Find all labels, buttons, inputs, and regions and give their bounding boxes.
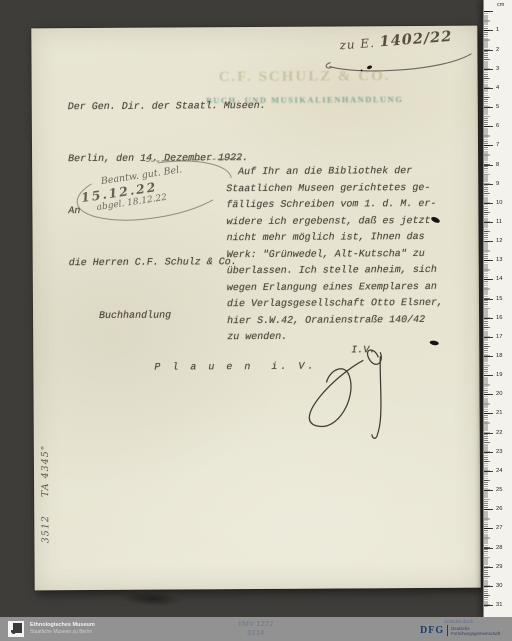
- document-id: I/MV 1272: [238, 620, 274, 629]
- ruler-cm-tick: [484, 165, 493, 166]
- ruler-unit-label: cm: [497, 2, 504, 8]
- ruler-number: 14: [496, 276, 510, 282]
- ruler-cm-tick: [484, 107, 493, 108]
- ruler-number: 21: [496, 410, 510, 416]
- measuring-ruler: cm 1234567891011121314151617181920212223…: [483, 0, 512, 617]
- ruler-number: 18: [496, 353, 510, 359]
- ruler-ticks: 1234567891011121314151617181920212223242…: [484, 11, 512, 607]
- ruler-cm-tick: [484, 30, 493, 31]
- ruler-number: 10: [496, 200, 510, 206]
- file-number-value: 1402/22: [379, 28, 453, 50]
- ruler-number: 23: [496, 449, 510, 455]
- body-line: fälliges Schreiben vom 1. d. M. er-: [226, 197, 458, 215]
- museum-logo: [8, 621, 24, 637]
- body-line: zu wenden.: [227, 329, 459, 347]
- ruler-number: 17: [496, 334, 510, 340]
- ruler-cm-tick: [484, 222, 493, 223]
- ruler-cm-tick: [484, 318, 493, 319]
- dfg-logo: Gefördert durch DFG Deutsche Forschungsg…: [420, 619, 506, 636]
- ruler-number: 28: [496, 545, 510, 551]
- ruler-cm-tick: [484, 203, 493, 204]
- ruler-cm-tick: [484, 586, 493, 587]
- ruler-number: 15: [496, 296, 510, 302]
- ruler-cm-tick: [484, 490, 493, 491]
- ruler-cm-tick: [484, 88, 493, 89]
- ruler-cm-tick: [484, 69, 493, 70]
- ruler-number: 12: [496, 238, 510, 244]
- body-line: wegen Erlangung eines Exemplares an: [227, 279, 459, 297]
- institution-name: Ethnologisches Museum: [30, 622, 95, 629]
- institution-subtitle: Staatliche Museen zu Berlin: [30, 629, 95, 636]
- ruler-cm-tick: [484, 528, 493, 529]
- ruler-cm-tick: [484, 260, 493, 261]
- ruler-number: 7: [496, 142, 510, 148]
- document-reference: I/MV 1272 0214: [238, 620, 274, 638]
- ruler-number: 30: [496, 583, 510, 589]
- letter-page: C.F. SCHULZ & CO. BUCH- UND MUSIKALIENHA…: [31, 26, 480, 591]
- funding-label: Gefördert durch: [444, 619, 506, 624]
- ruler-cm-tick: [484, 11, 493, 12]
- ruler-cm-tick: [484, 299, 493, 300]
- body-line: nicht mehr möglich ist, Ihnen das: [227, 230, 459, 248]
- ruler-number: 29: [496, 564, 510, 570]
- institution-block: Ethnologisches Museum Staatliche Museen …: [30, 622, 95, 636]
- dfg-abbreviation: DFG: [420, 626, 444, 636]
- ruler-cm-tick: [484, 548, 493, 549]
- ruler-cm-tick: [484, 394, 493, 395]
- ruler-cm-tick: [484, 50, 493, 51]
- body-text: Auf Ihr an die Bibliothek derStaatlichen…: [226, 164, 459, 347]
- ruler-number: 9: [496, 181, 510, 187]
- ruler-number: 25: [496, 487, 510, 493]
- ruler-cm-tick: [484, 356, 493, 357]
- margin-note-number: 3512: [40, 515, 51, 543]
- ruler-cm-tick: [484, 471, 493, 472]
- ruler-number: 2: [496, 47, 510, 53]
- ruler-number: 3: [496, 66, 510, 72]
- page-number: 0214: [238, 629, 274, 638]
- body-line: Staatlichen Museen gerichtetes ge-: [226, 180, 458, 198]
- ruler-number: 24: [496, 468, 510, 474]
- ruler-cm-tick: [484, 126, 493, 127]
- ruler-halfcm-ticks: [484, 11, 490, 607]
- recipient-city: P l a u e n i. V.: [69, 359, 316, 378]
- archive-footer-bar: Ethnologisches Museum Staatliche Museen …: [0, 617, 512, 641]
- ruler-number: 11: [496, 219, 510, 225]
- ruler-cm-tick: [484, 605, 493, 606]
- margin-note-vertical: 3512 TA 4345": [40, 423, 52, 543]
- ruler-number: 1: [496, 27, 510, 33]
- archive-scan-viewport: C.F. SCHULZ & CO. BUCH- UND MUSIKALIENHA…: [0, 0, 512, 641]
- ruler-cm-tick: [484, 279, 493, 280]
- ruler-cm-tick: [484, 567, 493, 568]
- signature-initials: I.V.: [351, 345, 375, 356]
- ruler-cm-tick: [484, 509, 493, 510]
- sender-line: Der Gen. Dir. der Staatl. Museen.: [68, 97, 315, 116]
- ruler-number: 26: [496, 506, 510, 512]
- body-line: Werk: "Grünwedel, Alt-Kutscha" zu: [227, 246, 459, 264]
- ruler-number: 22: [496, 430, 510, 436]
- ruler-number: 31: [496, 602, 510, 608]
- ruler-cm-tick: [484, 413, 493, 414]
- ruler-number: 20: [496, 391, 510, 397]
- ruler-cm-tick: [484, 337, 493, 338]
- ruler-number: 8: [496, 162, 510, 168]
- annotation-underline-flourish: [326, 54, 472, 72]
- ruler-cm-tick: [484, 184, 493, 185]
- dfg-full-name: Deutsche Forschungsgemeinschaft: [451, 626, 493, 636]
- ruler-number: 27: [496, 525, 510, 531]
- ruler-number: 4: [496, 85, 510, 91]
- body-line: überlassen. Ich stelle anheim, sich: [227, 263, 459, 281]
- body-line: hier S.W.42, Oranienstraße 140/42: [227, 312, 459, 330]
- ruler-cm-tick: [484, 241, 493, 242]
- dfg-divider: [447, 625, 448, 636]
- body-line: widere ich ergebenst, daß es jetzt: [226, 213, 458, 231]
- ruler-cm-tick: [484, 433, 493, 434]
- background-smudge: [122, 590, 183, 607]
- handwritten-signature: [309, 350, 382, 439]
- ruler-number: 6: [496, 123, 510, 129]
- ruler-number: 13: [496, 257, 510, 263]
- ruler-cm-tick: [484, 375, 493, 376]
- ruler-cm-tick: [484, 452, 493, 453]
- ruler-number: 5: [496, 104, 510, 110]
- file-number-prefix: zu E.: [339, 36, 375, 53]
- ruler-cm-tick: [484, 145, 493, 146]
- ruler-number: 19: [496, 372, 510, 378]
- ruler-number: 16: [496, 315, 510, 321]
- margin-note-shelfmark: TA 4345": [40, 445, 51, 497]
- museum-logo-dot: [11, 630, 15, 634]
- body-line: Auf Ihr an die Bibliothek der: [226, 164, 458, 182]
- handwritten-file-number: zu E. 1402/22: [339, 28, 453, 54]
- body-line: die Verlagsgesellschaft Otto Elsner,: [227, 296, 459, 314]
